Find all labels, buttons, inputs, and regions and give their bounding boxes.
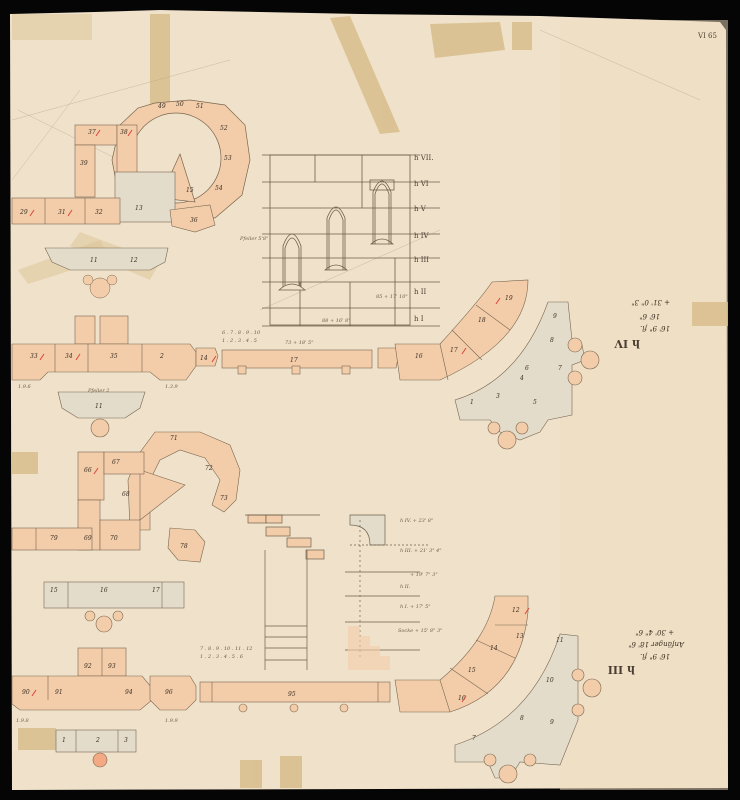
svg-text:1.9.9: 1.9.9 — [165, 718, 179, 724]
svg-text:51: 51 — [196, 103, 204, 110]
svg-text:h III: h III — [608, 663, 635, 676]
svg-text:71: 71 — [170, 435, 178, 442]
svg-text:8: 8 — [550, 337, 554, 344]
svg-text:39: 39 — [80, 160, 88, 167]
svg-text:49: 49 — [157, 103, 166, 110]
svg-text:8: 8 — [520, 715, 524, 722]
svg-text:93: 93 — [108, 663, 116, 670]
svg-text:11: 11 — [556, 637, 564, 644]
sheet-number-mark: VI 65 — [697, 32, 717, 40]
svg-text:h IV: h IV — [414, 232, 429, 240]
svg-text:h III. + 21' 3" 4": h III. + 21' 3" 4" — [400, 548, 442, 554]
svg-text:50: 50 — [176, 101, 184, 108]
svg-text:14: 14 — [490, 645, 498, 652]
svg-text:3: 3 — [124, 737, 128, 744]
svg-text:1 . 2 . 3 . 4 . 5 . 6: 1 . 2 . 3 . 4 . 5 . 6 — [200, 654, 244, 660]
svg-text:+ 19' 7" 3": + 19' 7" 3" — [410, 572, 438, 578]
svg-text:7 . 8 . 9 . 10 . 11 . 12: 7 . 8 . 9 . 10 . 11 . 12 — [200, 646, 252, 652]
svg-text:Anfänger 18' 6": Anfänger 18' 6" — [628, 640, 685, 648]
svg-text:1: 1 — [62, 737, 66, 744]
svg-text:5: 5 — [533, 399, 537, 406]
svg-text:h VI: h VI — [414, 180, 429, 188]
svg-text:35: 35 — [110, 353, 118, 360]
svg-text:88 + 16' 8": 88 + 16' 8" — [322, 318, 351, 324]
svg-text:16' 6": 16' 6" — [639, 312, 660, 320]
svg-text:14: 14 — [200, 355, 208, 362]
svg-text:16' 9" fl.: 16' 9" fl. — [640, 652, 670, 660]
svg-text:16' 9" fl.: 16' 9" fl. — [640, 324, 670, 332]
svg-text:7: 7 — [472, 735, 476, 742]
svg-text:85 + 17' 10": 85 + 17' 10" — [376, 294, 408, 300]
svg-text:78: 78 — [180, 543, 188, 550]
svg-text:72: 72 — [205, 465, 213, 472]
svg-text:13: 13 — [135, 205, 143, 212]
svg-text:h IV: h IV — [614, 337, 640, 350]
svg-text:6: 6 — [525, 365, 529, 372]
svg-text:1.3.9: 1.3.9 — [165, 384, 179, 390]
svg-text:96: 96 — [165, 689, 173, 696]
svg-text:13: 13 — [516, 633, 524, 640]
svg-text:h III: h III — [414, 256, 429, 264]
svg-text:2: 2 — [159, 353, 164, 360]
svg-text:36: 36 — [190, 217, 198, 224]
svg-text:17: 17 — [152, 587, 160, 594]
svg-text:17: 17 — [450, 347, 458, 354]
svg-text:31: 31 — [58, 209, 66, 216]
svg-text:15: 15 — [468, 667, 476, 674]
svg-text:15: 15 — [50, 587, 58, 594]
svg-text:h V: h V — [414, 205, 427, 213]
svg-text:1: 1 — [470, 399, 474, 406]
svg-text:11: 11 — [95, 403, 103, 410]
svg-text:h II.: h II. — [400, 584, 411, 590]
svg-text:16: 16 — [415, 353, 423, 360]
svg-text:95: 95 — [288, 691, 296, 698]
svg-text:9: 9 — [550, 719, 554, 726]
svg-text:3: 3 — [496, 393, 500, 400]
svg-text:10: 10 — [546, 677, 554, 684]
architectural-drawing-sheet: h VII. h VI h V h IV h III h II h I 85 +… — [0, 0, 740, 800]
svg-text:+ 31' 0" 3": + 31' 0" 3" — [631, 298, 670, 306]
svg-text:9: 9 — [553, 313, 557, 320]
svg-text:73 + 18' 5": 73 + 18' 5" — [285, 340, 314, 346]
svg-text:29: 29 — [19, 209, 28, 216]
svg-text:92: 92 — [84, 663, 92, 670]
svg-text:11: 11 — [90, 257, 98, 264]
svg-text:53: 53 — [224, 155, 232, 162]
svg-text:67: 67 — [112, 459, 120, 466]
svg-text:69: 69 — [84, 535, 92, 542]
svg-text:12: 12 — [130, 257, 138, 264]
svg-text:1 . 2 . 3 . 4 . 5: 1 . 2 . 3 . 4 . 5 — [222, 338, 257, 344]
svg-text:h II: h II — [414, 288, 426, 296]
svg-text:1.9.8: 1.9.8 — [16, 718, 29, 724]
svg-text:h I: h I — [414, 315, 424, 323]
svg-text:91: 91 — [55, 689, 63, 696]
svg-text:54: 54 — [215, 185, 223, 192]
svg-text:70: 70 — [110, 535, 118, 542]
svg-text:6 . 7 . 8 . 9 . 10: 6 . 7 . 8 . 9 . 10 — [222, 330, 261, 336]
svg-text:Pfeiler 5'8": Pfeiler 5'8" — [239, 236, 268, 242]
svg-text:73: 73 — [220, 495, 228, 502]
svg-text:Pfeiler 2: Pfeiler 2 — [87, 388, 110, 394]
svg-text:17: 17 — [290, 357, 298, 364]
svg-text:52: 52 — [220, 125, 228, 132]
svg-text:16: 16 — [100, 587, 108, 594]
svg-text:94: 94 — [125, 689, 133, 696]
svg-text:h IV. + 23' 8": h IV. + 23' 8" — [400, 518, 433, 524]
svg-text:18: 18 — [478, 317, 486, 324]
svg-text:33: 33 — [30, 353, 38, 360]
svg-text:15: 15 — [186, 187, 194, 194]
svg-text:68: 68 — [122, 491, 130, 498]
svg-text:2: 2 — [95, 737, 100, 744]
svg-text:34: 34 — [65, 353, 73, 360]
svg-text:h VII.: h VII. — [414, 154, 434, 162]
svg-text:32: 32 — [95, 209, 103, 216]
svg-text:h I. + 17' 5": h I. + 17' 5" — [400, 604, 431, 610]
svg-text:66: 66 — [84, 467, 92, 474]
svg-text:79: 79 — [50, 535, 58, 542]
svg-text:37: 37 — [88, 129, 96, 136]
svg-text:19: 19 — [505, 295, 513, 302]
svg-text:12: 12 — [512, 607, 520, 614]
svg-text:+ 30' 4" 6": + 30' 4" 6" — [635, 628, 674, 636]
svg-text:Socke + 15' 8" 3": Socke + 15' 8" 3" — [398, 628, 442, 634]
svg-text:38: 38 — [120, 129, 128, 136]
svg-text:4: 4 — [519, 375, 524, 382]
svg-text:7: 7 — [558, 365, 562, 372]
svg-text:1.9.6: 1.9.6 — [18, 384, 32, 390]
svg-text:90: 90 — [22, 689, 30, 696]
